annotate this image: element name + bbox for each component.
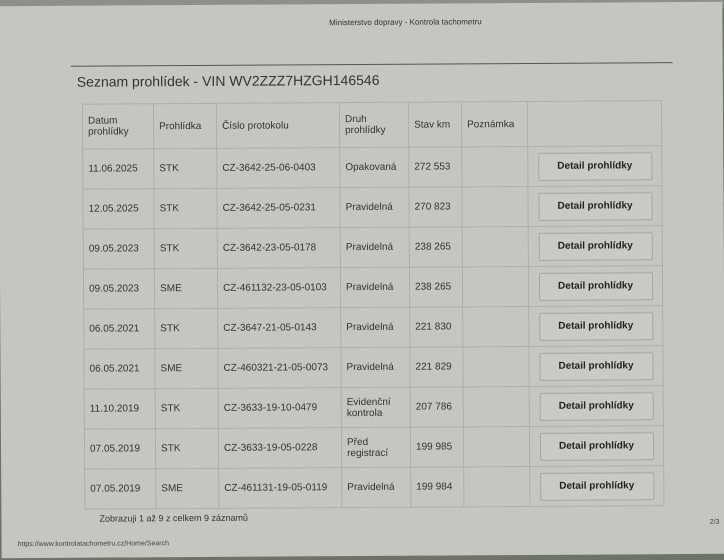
column-header-inspection: Prohlídka [153,103,216,148]
cell-inspection: SME [154,268,217,308]
cell-action: Detail prohlídky [528,226,662,267]
detail-button[interactable]: Detail prohlídky [539,352,653,381]
cell-inspection: STK [154,188,217,228]
page-title: Seznam prohlídek - VIN WV2ZZZ7HZGH146546 [77,72,380,90]
cell-action: Detail prohlídky [529,306,663,347]
cell-inspection: STK [154,228,217,268]
cell-inspection: SME [156,468,219,508]
cell-km: 199 985 [410,427,463,467]
cell-note [463,306,529,346]
cell-kind: Před registrací [341,427,410,467]
detail-button[interactable]: Detail prohlídky [538,152,652,181]
cell-action: Detail prohlídky [528,186,662,227]
cell-protocol: CZ-461131-19-05-0119 [219,468,342,509]
cell-date: 09.05.2023 [83,229,154,269]
column-header-kind: Druh prohlídky [339,102,408,147]
cell-note [463,386,529,426]
cell-kind: Pravidelná [340,227,409,267]
column-header-date: Datum prohlídky [82,104,153,149]
cell-km: 207 786 [410,387,463,427]
cell-note [462,186,528,226]
print-footer-url: https://www.kontrolatachometru.cz/Home/S… [18,540,169,548]
detail-button[interactable]: Detail prohlídky [539,432,653,461]
table-row: 07.05.2019SMECZ-461131-19-05-0119Pravide… [85,466,664,510]
cell-action: Detail prohlídky [528,146,662,187]
cell-action: Detail prohlídky [529,346,663,387]
cell-note [463,426,529,466]
column-header-note: Poznámka [461,101,527,146]
cell-date: 11.10.2019 [84,389,155,429]
cell-inspection: STK [155,308,218,348]
print-header-title: Ministerstvo dopravy - Kontrola tachomet… [0,16,722,29]
cell-date: 06.05.2021 [84,309,155,349]
cell-date: 07.05.2019 [84,429,155,469]
cell-note [463,346,529,386]
detail-button[interactable]: Detail prohlídky [538,232,652,261]
cell-kind: Evidenční kontrola [341,387,410,427]
cell-inspection: STK [154,148,217,188]
column-header-action [527,101,661,147]
cell-inspection: SME [155,348,218,388]
detail-button[interactable]: Detail prohlídky [538,272,652,301]
cell-kind: Pravidelná [340,187,409,227]
detail-button[interactable]: Detail prohlídky [539,392,653,421]
detail-button[interactable]: Detail prohlídky [539,312,653,341]
column-header-protocol: Číslo protokolu [216,103,339,149]
cell-km: 238 265 [409,267,462,307]
record-count: Zobrazuji 1 až 9 z celkem 9 záznamů [99,513,248,524]
cell-kind: Pravidelná [342,467,411,507]
cell-action: Detail prohlídky [528,266,662,307]
page-number: 2/3 [710,519,720,526]
cell-date: 09.05.2023 [83,269,154,309]
cell-protocol: CZ-460321-21-05-0073 [218,348,341,389]
detail-button[interactable]: Detail prohlídky [540,472,654,501]
table-row: 07.05.2019STKCZ-3633-19-05-0228Před regi… [84,426,663,470]
printed-page: Ministerstvo dopravy - Kontrola tachomet… [0,2,724,558]
cell-protocol: CZ-3633-19-05-0228 [218,428,341,469]
cell-inspection: STK [155,428,218,468]
cell-km: 272 553 [409,147,462,187]
cell-note [462,266,528,306]
cell-kind: Pravidelná [340,267,409,307]
column-header-km: Stav km [408,102,461,147]
inspections-table: Datum prohlídky Prohlídka Číslo protokol… [82,100,664,510]
table-row: 06.05.2021STKCZ-3647-21-05-0143Pravideln… [84,306,663,350]
cell-km: 238 265 [409,227,462,267]
table-row: 11.06.2025STKCZ-3642-25-06-0403Opakovaná… [83,146,662,190]
cell-date: 11.06.2025 [83,149,154,189]
cell-km: 221 829 [410,347,463,387]
cell-inspection: STK [155,388,218,428]
table-row: 12.05.2025STKCZ-3642-25-05-0231Pravideln… [83,186,662,230]
cell-protocol: CZ-3633-19-10-0479 [218,388,341,429]
cell-protocol: CZ-3642-25-06-0403 [217,148,340,189]
cell-km: 270 823 [409,187,462,227]
cell-kind: Pravidelná [341,347,410,387]
cell-kind: Opakovaná [340,147,409,187]
table-body: 11.06.2025STKCZ-3642-25-06-0403Opakovaná… [83,146,664,510]
cell-date: 12.05.2025 [83,189,154,229]
table-row: 09.05.2023SMECZ-461132-23-05-0103Pravide… [83,266,662,310]
cell-protocol: CZ-461132-23-05-0103 [217,268,340,309]
table-row: 09.05.2023STKCZ-3642-23-05-0178Pravideln… [83,226,662,270]
detail-button[interactable]: Detail prohlídky [538,192,652,221]
cell-date: 06.05.2021 [84,349,155,389]
cell-date: 07.05.2019 [85,469,156,509]
table-row: 11.10.2019STKCZ-3633-19-10-0479Evidenční… [84,386,663,430]
cell-action: Detail prohlídky [530,466,664,507]
cell-km: 199 984 [411,467,464,507]
cell-km: 221 830 [410,307,463,347]
cell-action: Detail prohlídky [529,426,663,467]
cell-protocol: CZ-3647-21-05-0143 [218,308,341,349]
cell-action: Detail prohlídky [529,386,663,427]
cell-note [462,226,528,266]
table-row: 06.05.2021SMECZ-460321-21-05-0073Pravide… [84,346,663,390]
cell-protocol: CZ-3642-23-05-0178 [217,228,340,269]
cell-protocol: CZ-3642-25-05-0231 [217,188,340,229]
table-header-row: Datum prohlídky Prohlídka Číslo protokol… [82,101,661,150]
cell-kind: Pravidelná [341,307,410,347]
heading-divider [71,62,673,67]
cell-note [462,146,528,186]
cell-note [464,466,530,506]
